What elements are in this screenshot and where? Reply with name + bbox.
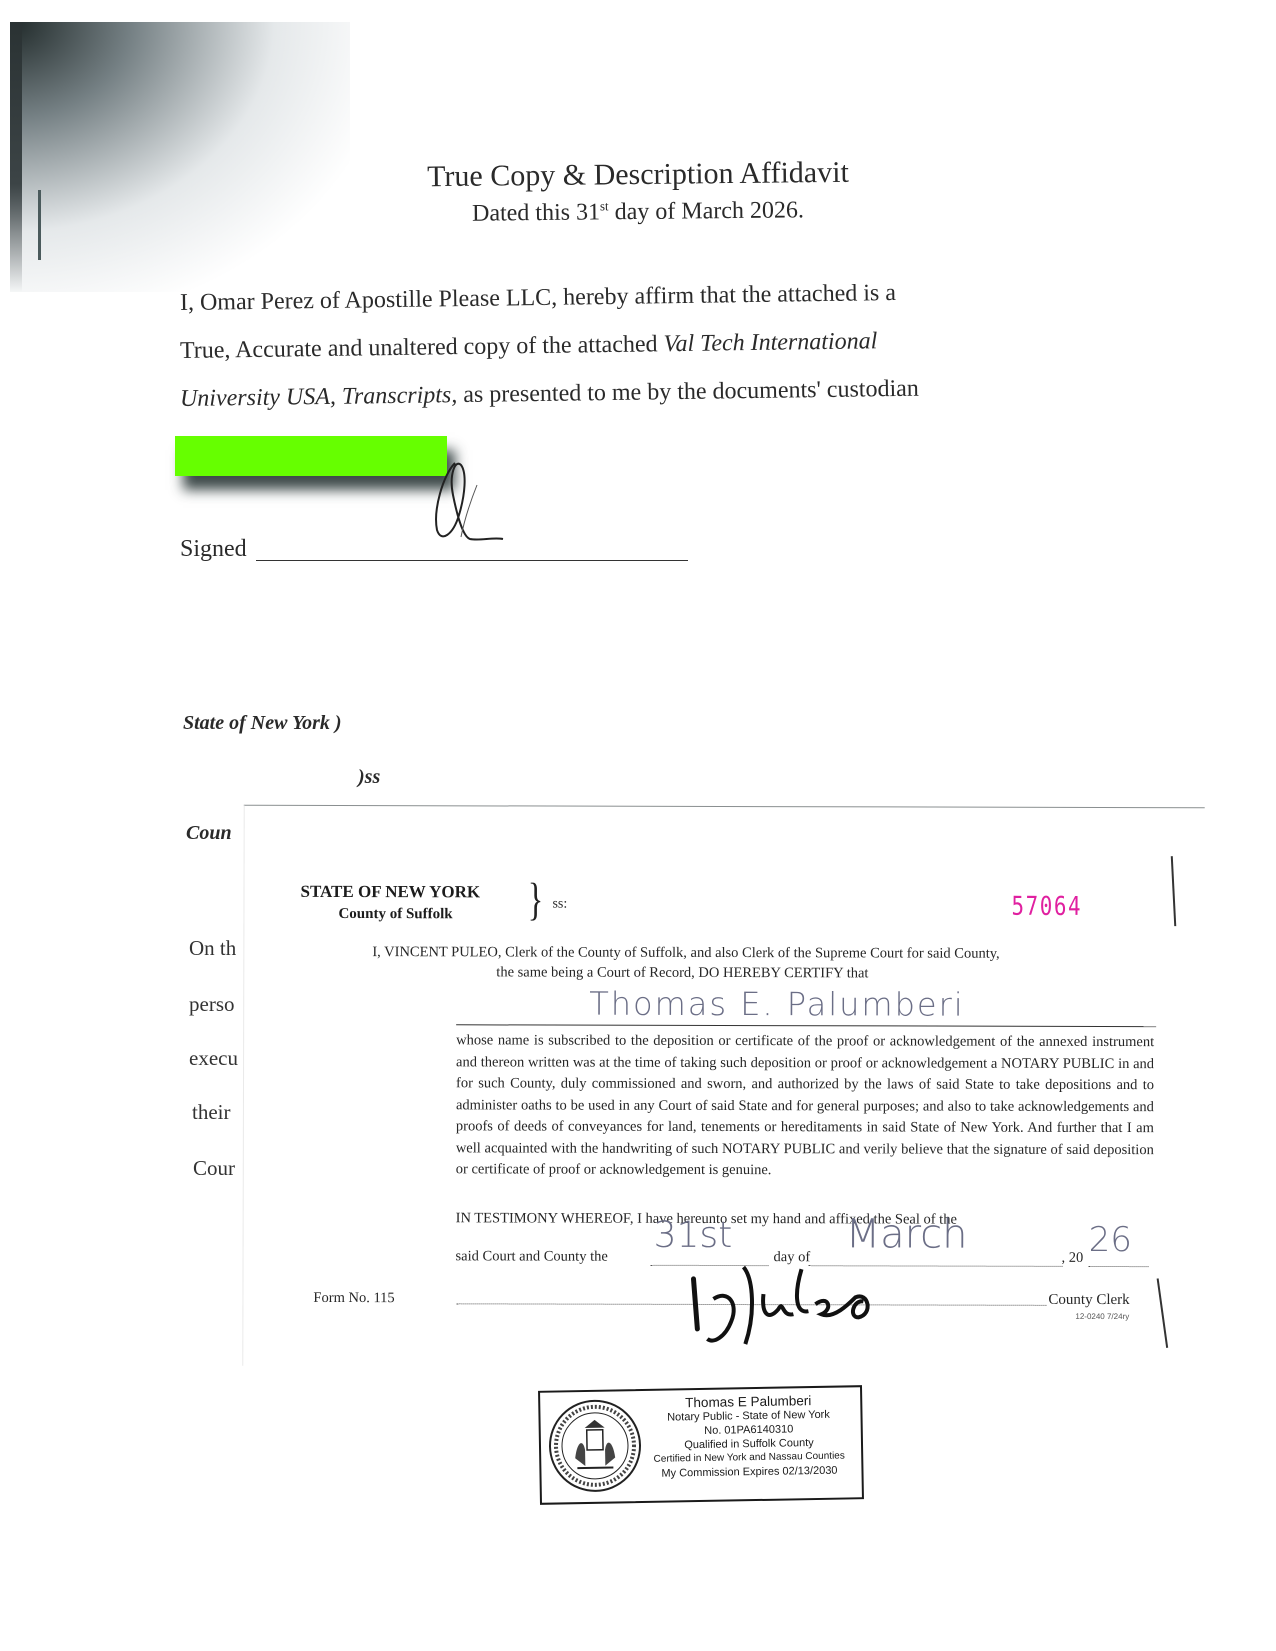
- cert-said-court: said Court and County the: [456, 1248, 608, 1265]
- margin-mark: [1171, 856, 1176, 926]
- county-clerk-label: County Clerk: [1048, 1292, 1129, 1309]
- county-clerk-certificate: STATE OF NEW YORK County of Suffolk } ss…: [242, 805, 1204, 1369]
- cert-state: STATE OF NEW YORK: [300, 882, 480, 902]
- obscured-line: their: [192, 1100, 230, 1125]
- obscured-line: On th: [189, 936, 236, 961]
- handwritten-year: 26: [1089, 1220, 1132, 1260]
- obscured-line: perso: [189, 992, 235, 1017]
- venue-state: State of New York ): [183, 712, 342, 735]
- form-code: 12-0240 7/24ry: [1075, 1312, 1129, 1321]
- venue-ss: )ss: [358, 766, 380, 789]
- margin-mark: [1157, 1278, 1169, 1348]
- redaction-box: [175, 436, 447, 476]
- certificate-number: 57064: [1011, 892, 1082, 922]
- cert-year-prefix: , 20: [1062, 1250, 1084, 1267]
- signature-mark: [425, 455, 510, 550]
- scan-shadow: [10, 22, 350, 292]
- cert-ss: ss:: [552, 897, 567, 913]
- notary-stamp-expires: My Commission Expires 02/13/2030: [641, 1463, 857, 1481]
- scan-edge: [10, 22, 22, 292]
- notary-stamp: Thomas E Palumberi Notary Public - State…: [538, 1385, 864, 1505]
- notary-name-handwritten: Thomas E. Palumberi: [589, 985, 965, 1024]
- obscured-line: Cour: [193, 1156, 235, 1181]
- obscured-line: execu: [189, 1046, 238, 1071]
- handwritten-day: 31st: [654, 1215, 733, 1256]
- signed-label: Signed: [180, 536, 247, 563]
- notary-name-line: [456, 1024, 1156, 1027]
- cert-intro-2: the same being a Court of Record, DO HER…: [496, 964, 868, 982]
- form-number: Form No. 115: [313, 1290, 394, 1307]
- handwritten-month: March: [846, 1211, 968, 1257]
- cert-county: County of Suffolk: [338, 906, 452, 923]
- signature-line: [256, 560, 688, 561]
- venue-county-partial: Coun: [186, 822, 232, 845]
- affirmation-line-2: True, Accurate and unaltered copy of the…: [180, 328, 878, 365]
- notary-stamp-text: Thomas E Palumberi Notary Public - State…: [640, 1393, 857, 1481]
- cert-body: whose name is subscribed to the depositi…: [456, 1030, 1154, 1182]
- year-blank: [1089, 1266, 1149, 1267]
- brace-icon: }: [528, 872, 544, 925]
- clerk-signature: [683, 1259, 913, 1350]
- ny-state-seal-icon: [546, 1397, 644, 1495]
- affirmation-line-3: University USA, Transcripts, as presente…: [180, 376, 919, 413]
- cert-intro-1: I, VINCENT PULEO, Clerk of the County of…: [372, 944, 999, 963]
